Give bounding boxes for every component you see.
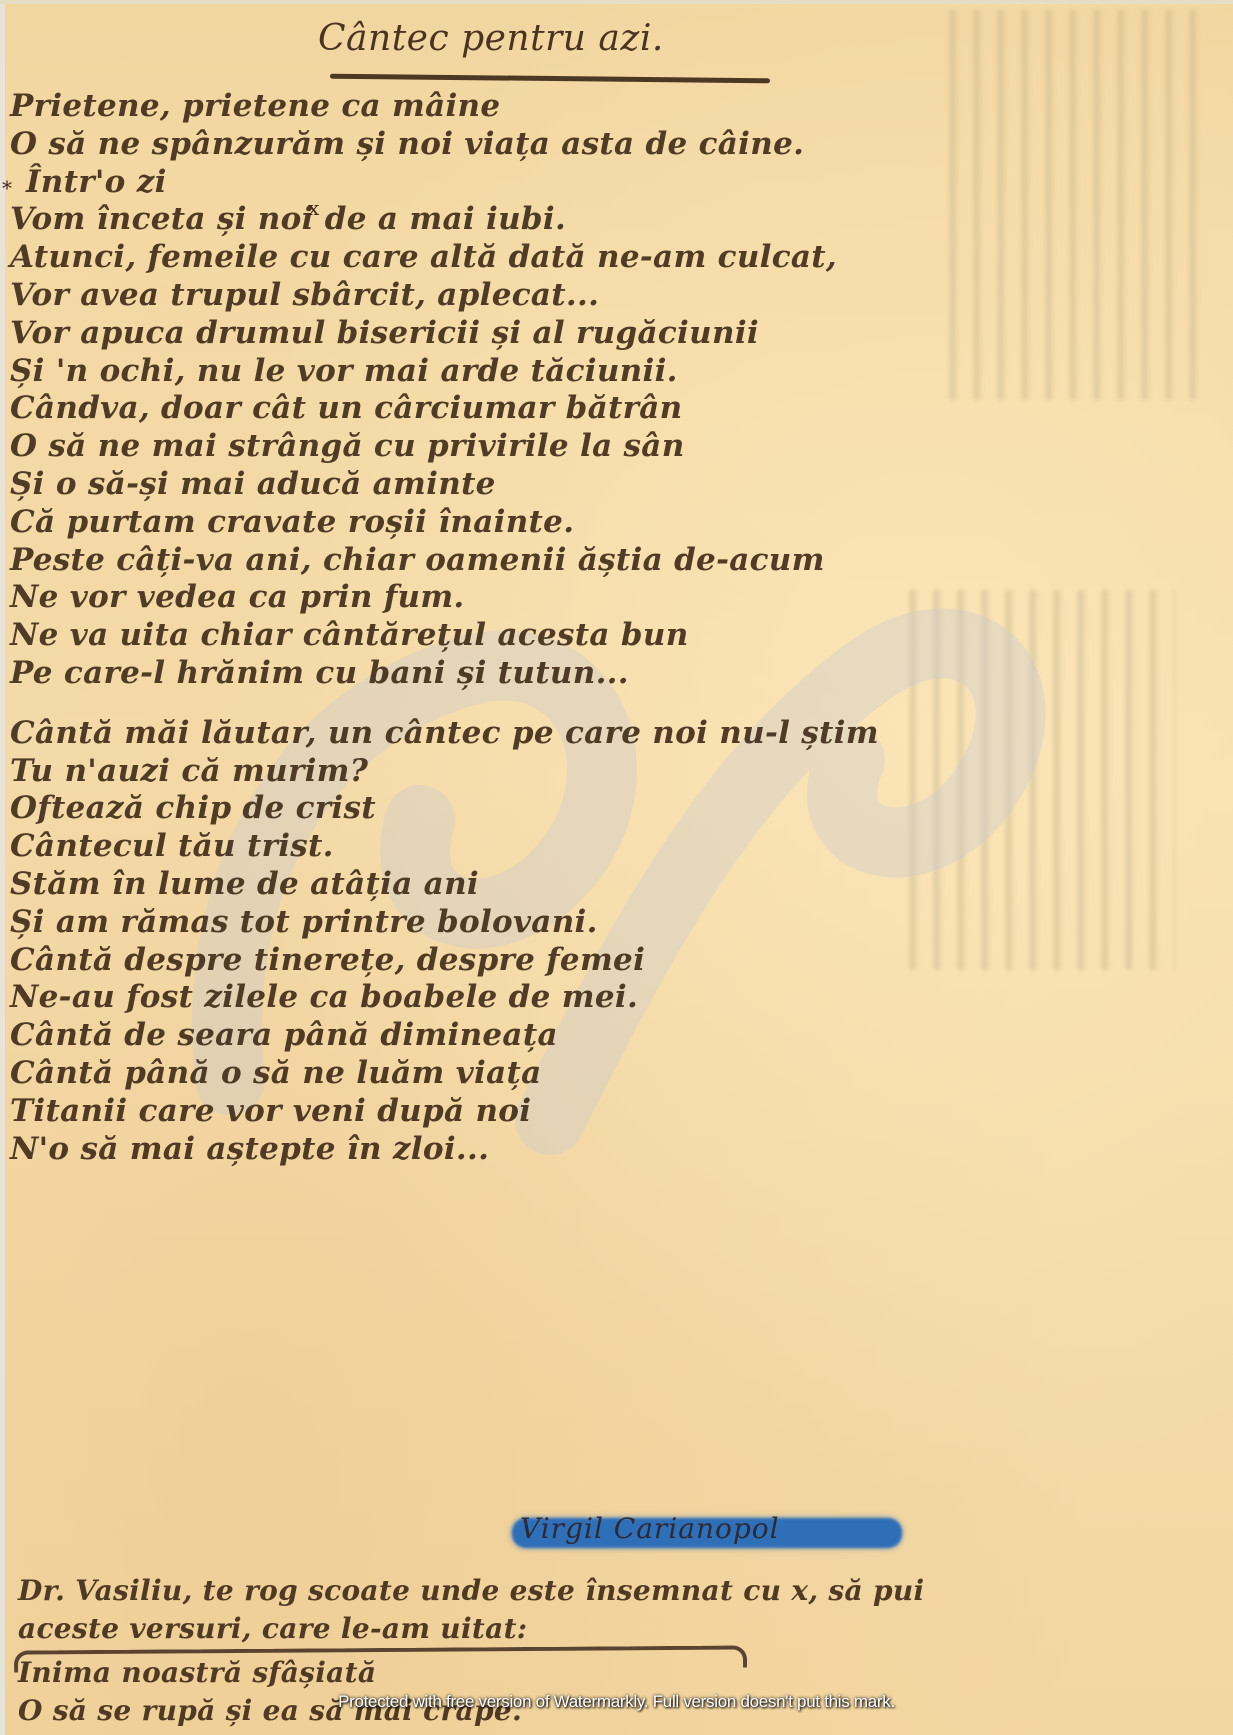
poem-line: Vor apuca drumul bisericii și al rugăciu… <box>10 315 1210 353</box>
poem-line: Ne va uita chiar cântărețul acesta bun <box>10 617 1210 655</box>
poem-line: Ne-au fost zilele ca boabele de mei. <box>10 979 1210 1017</box>
poem-line: Vor avea trupul sbârcit, aplecat... <box>10 277 1210 315</box>
poem-line: Cântă măi lăutar, un cântec pe care noi … <box>10 715 1210 753</box>
note-line: Dr. Vasiliu, te rog scoate unde este îns… <box>18 1572 1218 1610</box>
poem-line: Cântă de seara până dimineața <box>10 1017 1210 1055</box>
poem-line: O să ne spânzurăm și noi viața asta de c… <box>10 126 1210 164</box>
poem-line: Atunci, femeile cu care altă dată ne-am … <box>10 239 1210 277</box>
poem-line: Titanii care vor veni după noi <box>10 1093 1210 1131</box>
poem-line: N'o să mai aștepte în zloi... <box>10 1131 1210 1169</box>
poem-line: O să ne mai strângă cu privirile la sân <box>10 428 1210 466</box>
poem-line: Stăm în lume de atâția ani <box>10 866 1210 904</box>
author-signature: Virgil Carianopol <box>520 1512 780 1545</box>
poem-line: Și o să-și mai aducă aminte <box>10 466 1210 504</box>
stanza-break <box>10 693 1210 715</box>
poem-line: Cândva, doar cât un cârciumar bătrân <box>10 390 1210 428</box>
poem-body: Prietene, prietene ca mâine O să ne spân… <box>10 88 1210 1168</box>
poem-line: Oftează chip de crist <box>10 790 1210 828</box>
poem-line: Peste câți-va ani, chiar oamenii ăștia d… <box>10 542 1210 580</box>
poem-line: Prietene, prietene ca mâine <box>10 88 1210 126</box>
page-edge-top <box>0 0 1233 4</box>
poem-line: Că purtam cravate roșii înainte. <box>10 504 1210 542</box>
poem-line: Cântă despre tinerețe, despre femei <box>10 942 1210 980</box>
poem-title: Cântec pentru azi. <box>318 18 664 59</box>
page-edge-left <box>0 0 5 1735</box>
poem-line: Pe care-l hrănim cu bani și tutun... <box>10 655 1210 693</box>
poem-line: Și am rămas tot printre bolovani. <box>10 904 1210 942</box>
poem-line: Vom înceta și noi de a mai iubi. <box>10 201 1210 239</box>
poem-line: Ne vor vedea ca prin fum. <box>10 579 1210 617</box>
note-line: aceste versuri, care le-am uitat: <box>18 1610 1218 1648</box>
manuscript-page: Cântec pentru azi. * x Prietene, prieten… <box>0 0 1233 1735</box>
poem-line: Într'o zi <box>10 164 1210 202</box>
title-underline <box>330 74 770 84</box>
poem-line: Cântă până o să ne luăm viața <box>10 1055 1210 1093</box>
poem-line: Și 'n ochi, nu le vor mai arde tăciunii. <box>10 353 1210 391</box>
watermark-notice: Protected with free version of Watermark… <box>0 1692 1233 1712</box>
poem-line: Cântecul tău trist. <box>10 828 1210 866</box>
poem-line: Tu n'auzi că murim? <box>10 753 1210 791</box>
